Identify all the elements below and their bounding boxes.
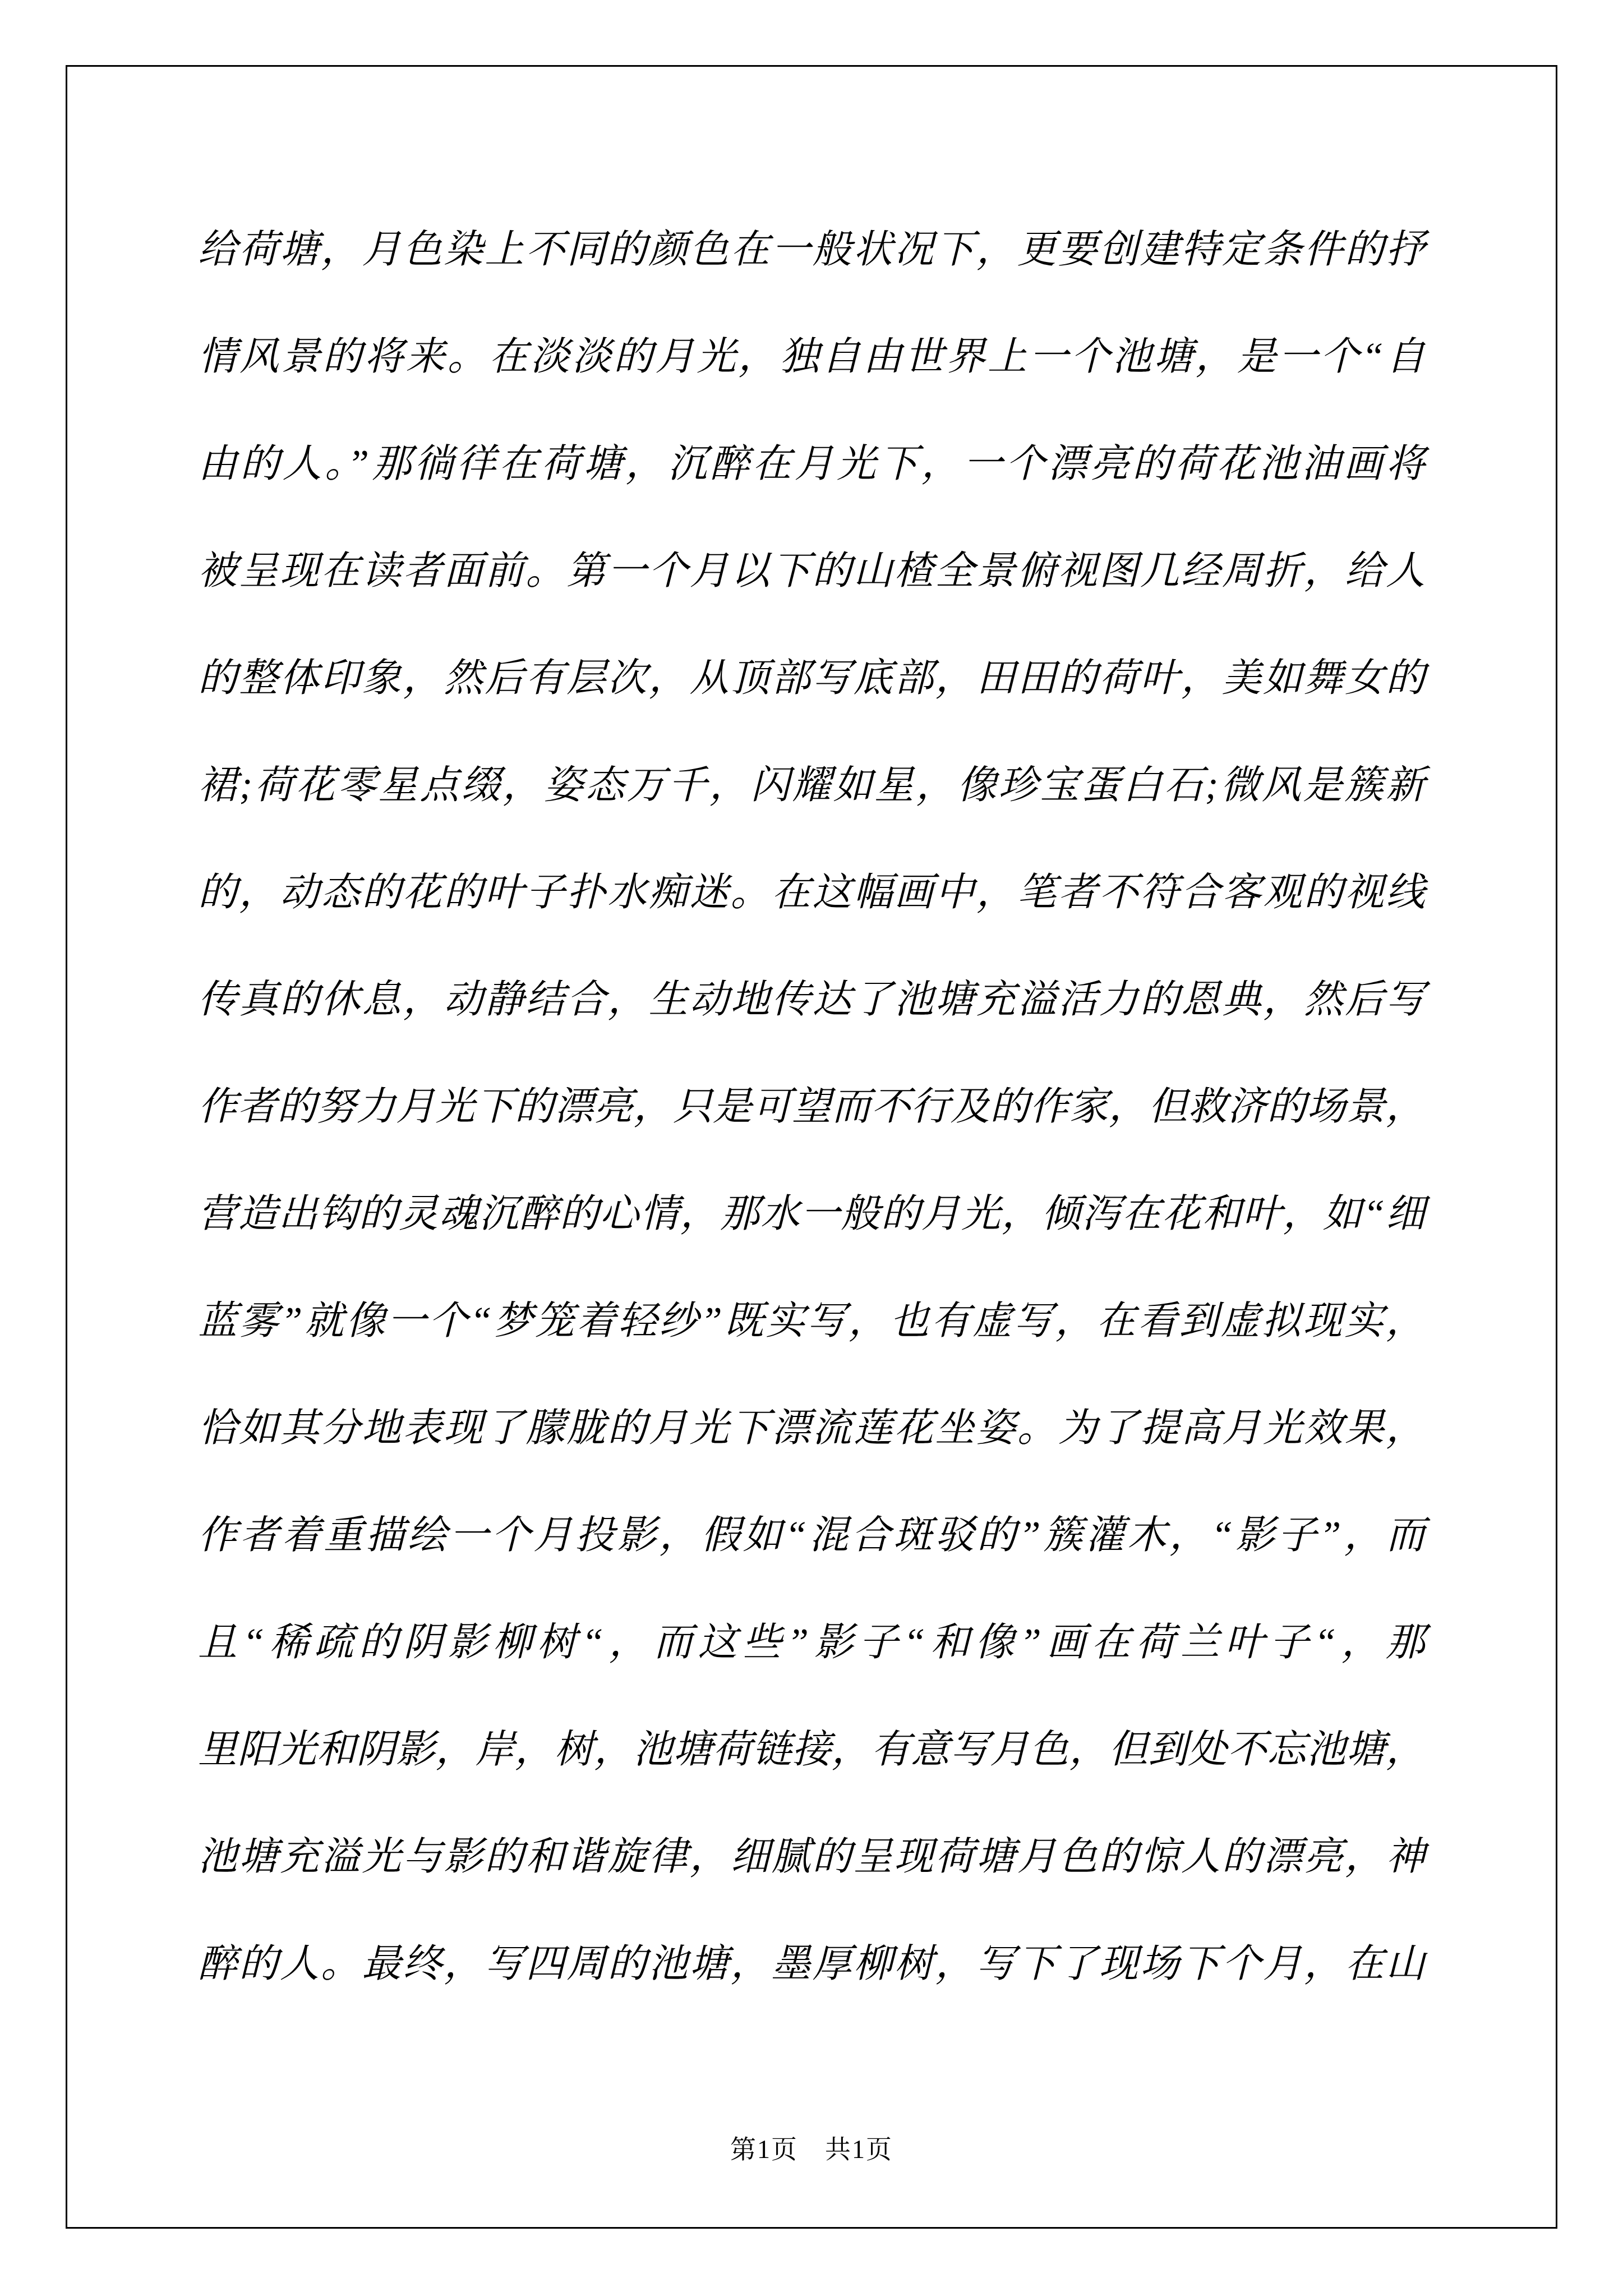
text-line: 给荷塘，月色染上不同的颜色在一般状况下，更要创建特定条件的抒 — [198, 196, 1425, 303]
text-line: 里阳光和阴影，岸，树，池塘荷链接，有意写月色，但到处不忘池塘， — [198, 1696, 1425, 1803]
page-number-indicator: 第1页 共1页 — [730, 2135, 893, 2164]
page-footer: 第1页 共1页 — [0, 2129, 1623, 2166]
text-line: 的，动态的花的叶子扑水痴迷。在这幅画中，笔者不符合客观的视线 — [198, 839, 1425, 946]
document-body: 给荷塘，月色染上不同的颜色在一般状况下，更要创建特定条件的抒 情风景的将来。在淡… — [198, 196, 1425, 2018]
text-line: 情风景的将来。在淡淡的月光，独自由世界上一个池塘，是一个“自 — [198, 303, 1425, 411]
text-line: 作者的努力月光下的漂亮，只是可望而不行及的作家，但救济的场景， — [198, 1053, 1425, 1161]
text-line: 蓝雾”就像一个“梦笼着轻纱”既实写，也有虚写，在看到虚拟现实， — [198, 1268, 1425, 1375]
text-line: 营造出钩的灵魂沉醉的心情，那水一般的月光，倾泻在花和叶，如“细 — [198, 1161, 1425, 1268]
text-line: 的整体印象，然后有层次，从顶部写底部，田田的荷叶，美如舞女的 — [198, 625, 1425, 732]
text-line: 传真的休息，动静结合，生动地传达了池塘充溢活力的恩典，然后写 — [198, 946, 1425, 1053]
text-line: 作者着重描绘一个月投影，假如“混合斑驳的”簇灌木，“影子”，而 — [198, 1482, 1425, 1589]
text-line: 被呈现在读者面前。第一个月以下的山楂全景俯视图几经周折，给人 — [198, 518, 1425, 625]
text-line: 由的人。”那徜徉在荷塘，沉醉在月光下，一个漂亮的荷花池油画将 — [198, 411, 1425, 518]
text-line: 醉的人。最终，写四周的池塘，墨厚柳树，写下了现场下个月，在山 — [198, 1911, 1425, 2018]
document-page: 给荷塘，月色染上不同的颜色在一般状况下，更要创建特定条件的抒 情风景的将来。在淡… — [0, 0, 1623, 2296]
text-line: 且“稀疏的阴影柳树“，而这些”影子“和像”画在荷兰叶子“，那 — [198, 1589, 1425, 1696]
text-line: 池塘充溢光与影的和谐旋律，细腻的呈现荷塘月色的惊人的漂亮，神 — [198, 1803, 1425, 1911]
text-line: 裙;荷花零星点缀，姿态万千，闪耀如星，像珍宝蛋白石;微风是簇新 — [198, 732, 1425, 839]
text-line: 恰如其分地表现了朦胧的月光下漂流莲花坐姿。为了提高月光效果， — [198, 1375, 1425, 1482]
